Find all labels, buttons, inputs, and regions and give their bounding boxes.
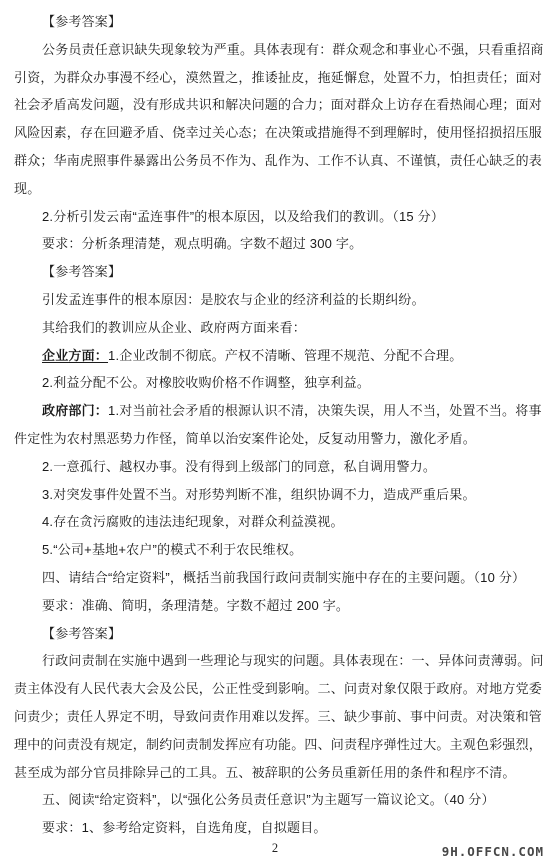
text-line: 问责少；责任人界定不明，导致问责作用难以发挥。三、缺少事前、事中问责。对决策和管 <box>0 703 550 731</box>
text-line: 公务员责任意识缺失现象较为严重。具体表现有：群众观念和事业心不强，只看重招商 <box>0 36 550 64</box>
text-line: 5.“公司+基地+农户”的模式不利于农民维权。 <box>0 536 550 564</box>
text-line: 政府部门：1.对当前社会矛盾的根源认识不清，决策失误，用人不当，处置不当。将事 <box>0 397 550 425</box>
text-line: 企业方面：1.企业改制不彻底。产权不清晰、管理不规范、分配不合理。 <box>0 342 550 370</box>
question-line: 四、请结合“给定资料”，概括当前我国行政问责制实施中存在的主要问题。（10 分） <box>0 564 550 592</box>
text-line: 要求：准确、简明，条理清楚。字数不超过 200 字。 <box>0 592 550 620</box>
text-line: 引资，为群众办事漫不经心，漠然置之，推诿扯皮，拖延懈怠，处置不力，怕担责任；面对 <box>0 64 550 92</box>
question-line: 2.分析引发云南“孟连事件”的根本原因，以及给我们的教训。（15 分） <box>0 203 550 231</box>
text-line: 群众；华南虎照事件暴露出公务员不作为、乱作为、工作不认真、不谨慎，责任心缺乏的表 <box>0 147 550 175</box>
text-line: 行政问责制在实施中遇到一些理论与现实的问题。具体表现在：一、异体问责薄弱。问 <box>0 647 550 675</box>
text-line: 2.一意孤行、越权办事。没有得到上级部门的同意，私自调用警力。 <box>0 453 550 481</box>
text-line: 风险因素，存在回避矛盾、侥幸过关心态；在决策或措施得不到理解时，使用怪招损招压服 <box>0 119 550 147</box>
answer-header-line: 【参考答案】 <box>0 620 550 648</box>
text-line: 2.利益分配不公。对橡胶收购价格不作调整，独享利益。 <box>0 369 550 397</box>
text-line: 要求：1、参考给定资料，自选角度，自拟题目。 <box>0 814 550 842</box>
paragraph-lead: 企业方面： <box>42 348 108 363</box>
offcn-watermark: 9H.OFFCN.COM <box>442 844 544 859</box>
text-line: 引发孟连事件的根本原因：是胶农与企业的经济利益的长期纠纷。 <box>0 286 550 314</box>
text-line: 甚至成为部分官员排除异己的工具。五、被辞职的公务员重新任用的条件和程序不清。 <box>0 759 550 787</box>
text-line: 4.存在贪污腐败的违法违纪现象，对群众利益漠视。 <box>0 508 550 536</box>
text-line: 要求：分析条理清楚，观点明确。字数不超过 300 字。 <box>0 230 550 258</box>
answer-header-line: 【参考答案】 <box>0 8 550 36</box>
text-line: 理中的问责没有规定，制约问责制发挥应有功能。四、问责程序弹性过大。主观色彩强烈， <box>0 731 550 759</box>
text-line: 责主体没有人民代表大会及公民，公正性受到影响。二、问责对象仅限于政府。对地方党委 <box>0 675 550 703</box>
question-line: 五、阅读“给定资料”，以“强化公务员责任意识”为主题写一篇议论文。（40 分） <box>0 786 550 814</box>
paragraph-lead: 政府部门： <box>42 403 108 418</box>
answer-header-line: 【参考答案】 <box>0 258 550 286</box>
text-line: 3.对突发事件处置不当。对形势判断不准，组织协调不力，造成严重后果。 <box>0 481 550 509</box>
page-number: 2 <box>272 841 278 855</box>
text-line: 现。 <box>0 175 550 203</box>
text-line: 件定性为农村黑恶势力作怪，简单以治安案件论处，反复动用警力，激化矛盾。 <box>0 425 550 453</box>
text-line: 其给我们的教训应从企业、政府两方面来看： <box>0 314 550 342</box>
document-content: 【参考答案】公务员责任意识缺失现象较为严重。具体表现有：群众观念和事业心不强，只… <box>0 0 550 842</box>
text-line: 社会矛盾高发问题，没有形成共识和解决问题的合力；面对群众上访存在看热闹心理；面对 <box>0 91 550 119</box>
document-page: 【参考答案】公务员责任意识缺失现象较为严重。具体表现有：群众观念和事业心不强，只… <box>0 0 550 863</box>
